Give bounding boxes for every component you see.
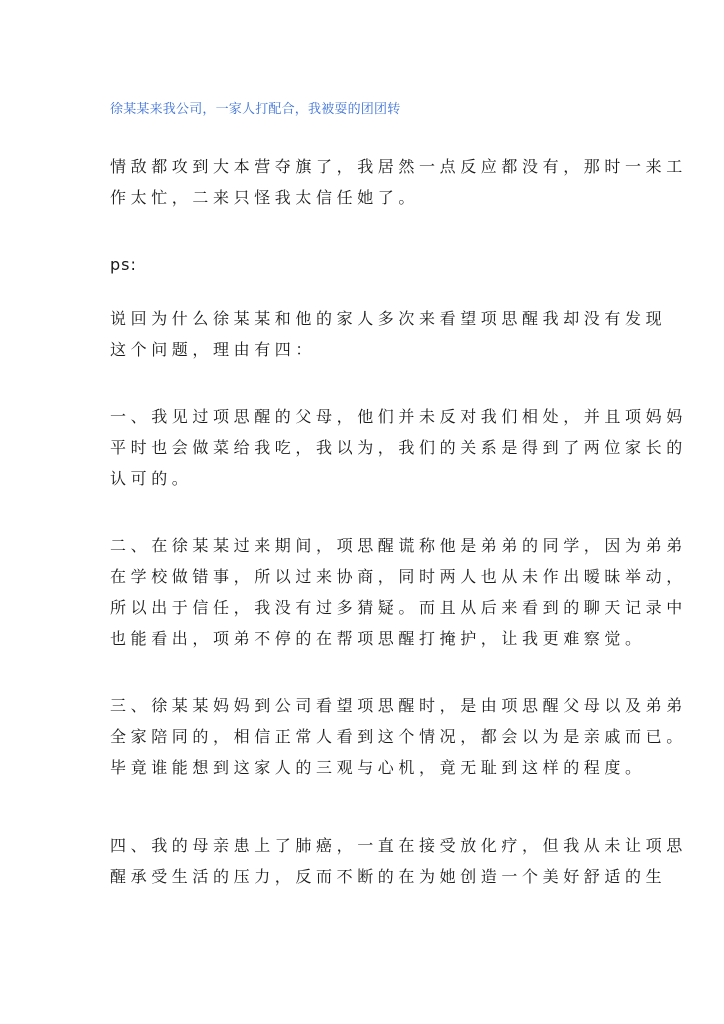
text-line: 情敌都攻到大本营夺旗了，我居然一点反应都没有，那时一来工 bbox=[110, 151, 620, 182]
text-line: 作太忙，二来只怪我太信任她了。 bbox=[110, 182, 620, 213]
text-line: 四、我的母亲患上了肺癌，一直在接受放化疗，但我从未让项思 bbox=[110, 830, 620, 861]
document-page: 徐某某来我公司，一家人打配合，我被耍的团团转 情敌都攻到大本营夺旗了，我居然一点… bbox=[0, 0, 724, 1024]
paragraph-intro: 情敌都攻到大本营夺旗了，我居然一点反应都没有，那时一来工 作太忙，二来只怪我太信… bbox=[110, 151, 620, 213]
text-line: 全家陪同的，相信正常人看到这个情况，都会以为是亲戚而已。 bbox=[110, 721, 620, 752]
paragraph-reason-1: 一、我见过项思醒的父母，他们并未反对我们相处，并且项妈妈 平时也会做菜给我吃，我… bbox=[110, 401, 620, 494]
paragraph-reason-2: 二、在徐某某过来期间，项思醒谎称他是弟弟的同学，因为弟弟 在学校做错事，所以过来… bbox=[110, 530, 620, 654]
text-line: 所以出于信任，我没有过多猜疑。而且从后来看到的聊天记录中 bbox=[110, 592, 620, 623]
text-line: 二、在徐某某过来期间，项思醒谎称他是弟弟的同学，因为弟弟 bbox=[110, 530, 620, 561]
text-line: 在学校做错事，所以过来协商，同时两人也从未作出暧昧举动， bbox=[110, 561, 620, 592]
text-line: 认可的。 bbox=[110, 463, 620, 494]
text-line: 说回为什么徐某某和他的家人多次来看望项思醒我却没有发现 bbox=[110, 303, 620, 334]
paragraph-reason-4: 四、我的母亲患上了肺癌，一直在接受放化疗，但我从未让项思 醒承受生活的压力，反而… bbox=[110, 830, 620, 892]
text-line: 毕竟谁能想到这家人的三观与心机，竟无耻到这样的程度。 bbox=[110, 752, 620, 783]
text-line: ps: bbox=[110, 249, 620, 280]
text-line: 醒承受生活的压力，反而不断的在为她创造一个美好舒适的生 bbox=[110, 861, 620, 892]
text-line: 三、徐某某妈妈到公司看望项思醒时，是由项思醒父母以及弟弟 bbox=[110, 690, 620, 721]
text-line: 也能看出，项弟不停的在帮项思醒打掩护，让我更难察觉。 bbox=[110, 623, 620, 654]
text-line: 一、我见过项思醒的父母，他们并未反对我们相处，并且项妈妈 bbox=[110, 401, 620, 432]
article-title-link[interactable]: 徐某某来我公司，一家人打配合，我被耍的团团转 bbox=[110, 98, 400, 117]
text-line: 这个问题，理由有四： bbox=[110, 334, 620, 365]
paragraph-question: 说回为什么徐某某和他的家人多次来看望项思醒我却没有发现 这个问题，理由有四： bbox=[110, 303, 620, 365]
paragraph-ps: ps: bbox=[110, 249, 620, 280]
text-line: 平时也会做菜给我吃，我以为，我们的关系是得到了两位家长的 bbox=[110, 432, 620, 463]
paragraph-reason-3: 三、徐某某妈妈到公司看望项思醒时，是由项思醒父母以及弟弟 全家陪同的，相信正常人… bbox=[110, 690, 620, 783]
